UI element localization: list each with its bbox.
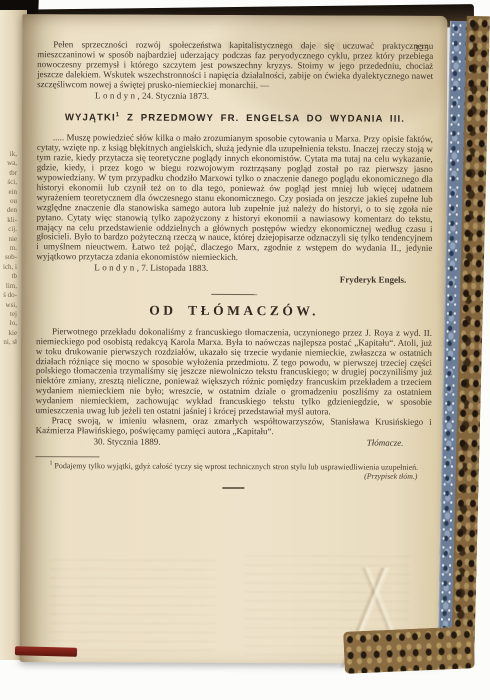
red-page-edge xyxy=(15,646,77,657)
engels-dateline: Londyn, 7. Listopada 1883. xyxy=(36,263,432,275)
preface-1873-dateline: Londyn, 24. Stycznia 1873. xyxy=(37,91,433,103)
translators-dateline: 30. Stycznia 1889. xyxy=(36,437,161,447)
footnote-rule xyxy=(35,456,99,457)
heading-lead: WYJĄTKI xyxy=(65,113,116,124)
translators-paragraph-2: Pracę swoją, w imieniu własnem, oraz zma… xyxy=(36,416,432,438)
heading-tail: Z PRZEDMOWY FR. ENGELSA DO WYDANIA III. xyxy=(120,113,405,125)
book-photo: ik, wa, tbr ści, ein ou den kli- cij. ni… xyxy=(0,0,490,700)
book-page: SPIS RZECZY TOMU I. 325 Pełen sprzecznoś… xyxy=(20,14,448,664)
verso-text-fragments: ik, wa, tbr ści, ein ou den kli- cij. ni… xyxy=(2,150,17,570)
dateline-city: Londyn xyxy=(95,90,137,100)
section-divider-rule xyxy=(211,294,257,295)
footnote-attribution: (Przypisek tłóm.) xyxy=(364,471,417,481)
dateline-date: , 24. Stycznia 1873. xyxy=(137,90,209,100)
text-block: Pełen sprzeczności rozwój społeczeństwa … xyxy=(35,40,433,490)
board-corner-bottom-right xyxy=(343,626,475,674)
dateline-city: Londyn xyxy=(94,263,136,273)
footnote: 1 Podajemy tylko wyjątki, gdyż całość ty… xyxy=(35,461,431,472)
dateline-date: , 7. Listopada 1883. xyxy=(137,263,209,273)
translators-signature: Tłómacze. xyxy=(367,438,432,448)
bleedthrough-texture xyxy=(50,559,215,655)
translators-section-heading: OD TŁÓMACZÓW. xyxy=(36,305,432,317)
engels-section-heading: WYJĄTKI1 Z PRZEDMOWY FR. ENGELSA DO WYDA… xyxy=(37,114,433,126)
preface-1873-paragraph: Pełen sprzeczności rozwój społeczeństwa … xyxy=(37,40,433,91)
footnote-marker: 1 xyxy=(49,460,52,466)
footnote-text: Podajemy tylko wyjątki, gdyż całość tycz… xyxy=(54,461,418,472)
translators-paragraph-1: Pierwotnego przekładu dokonaliśmy z fran… xyxy=(36,327,432,418)
translators-signature-row: 30. Stycznia 1889. Tłómacze. xyxy=(36,437,432,449)
engels-signature: Fryderyk Engels. xyxy=(36,274,432,286)
engels-section-paragraph: ..... Muszę powiedzieć słów kilka o mało… xyxy=(36,133,433,264)
end-dash-rule xyxy=(222,487,244,489)
